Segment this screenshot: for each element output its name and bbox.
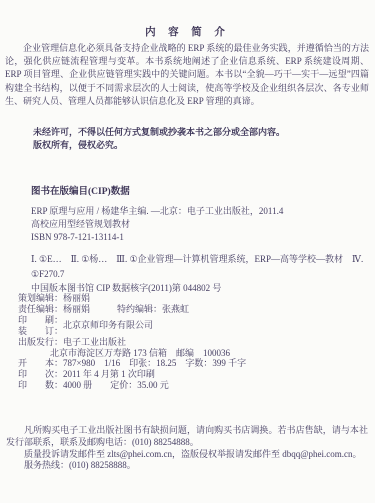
colophon-block: 策划编辑：杨丽娟 责任编辑：杨丽娟 特约编辑：张燕虹 印 刷： 装 订： 北京京…	[18, 293, 365, 391]
cip-classification-line: Ⅰ. ①E… Ⅱ. ①杨… Ⅲ. ①企业管理—计算机管理系统，ERP—高等学校—…	[31, 252, 367, 281]
publisher-label: 出版发行：	[18, 337, 63, 347]
publisher-row: 出版发行：电子工业出版社	[18, 337, 365, 348]
copyright-notice: 未经许可，不得以任何方式复制或抄袭本书之部分或全部内容。 版权所有，侵权必究。	[33, 126, 365, 152]
printer-company: 北京京师印务有限公司	[63, 320, 153, 331]
print-run-row: 印 数：4000 册 定价：35.00 元	[18, 380, 365, 391]
cip-classification-block: Ⅰ. ①E… Ⅱ. ①杨… Ⅲ. ①企业管理—计算机管理系统，ERP—高等学校—…	[31, 252, 367, 296]
format-value: 787×980 1/16 印张：18.25 字数：399 千字	[63, 358, 246, 368]
impression-row: 印 次：2011 年 4 月第 1 次印刷	[18, 369, 365, 380]
service-notes-block: 凡所购买电子工业出版社图书有缺损问题，请向购买书店调换。若书店售缺，请与本社发行…	[6, 425, 368, 472]
printer-label: 印 刷：	[18, 315, 63, 326]
print-run-value: 4000 册 定价：35.00 元	[63, 380, 169, 390]
planning-editor-value: 杨丽娟	[63, 293, 90, 303]
impression-value: 2011 年 4 月第 1 次印刷	[63, 369, 155, 379]
cip-heading: 图书在版编目(CIP)数据	[31, 183, 130, 197]
planning-editor-row: 策划编辑：杨丽娟	[18, 293, 365, 304]
duty-editor-label: 责任编辑：	[18, 304, 63, 314]
format-label: 开 本：	[18, 358, 63, 368]
printer-binding-block: 印 刷： 装 订： 北京京师印务有限公司	[18, 315, 365, 337]
service-hotline-note: 服务热线：(010) 88258888。	[6, 460, 368, 472]
cip-series-line: 高校应用型经管规划教材	[31, 218, 363, 231]
cip-bibliographic-block: ERP 原理与应用 / 杨建华主编. —北京：电子工业出版社，2011.4 高校…	[31, 205, 363, 244]
format-row: 开 本：787×980 1/16 印张：18.25 字数：399 千字	[18, 358, 365, 369]
copyright-notice-line2: 版权所有，侵权必究。	[33, 139, 365, 152]
impression-label: 印 次：	[18, 369, 63, 379]
publisher-address: 北京市海淀区万寿路 173 信箱 邮编 100036	[18, 348, 365, 359]
purchase-exchange-note: 凡所购买电子工业出版社图书有缺损问题，请向购买书店调换。若书店售缺，请与本社发行…	[6, 425, 368, 449]
cip-title-line: ERP 原理与应用 / 杨建华主编. —北京：电子工业出版社，2011.4	[31, 205, 363, 218]
duty-editor-value: 杨丽娟 特约编辑：张燕虹	[63, 304, 189, 314]
content-summary-title: 内 容 简 介	[0, 24, 375, 39]
planning-editor-label: 策划编辑：	[18, 293, 63, 303]
binding-label: 装 订：	[18, 326, 63, 337]
complaint-report-note: 质量投诉请发邮件至 zlts@phei.com.cn，盗版侵权举报请发邮件至 d…	[6, 449, 368, 461]
cip-isbn-line: ISBN 978-7-121-13114-1	[31, 231, 363, 244]
print-run-label: 印 数：	[18, 380, 63, 390]
content-summary-paragraph: 企业管理信息化必须具备支持企业战略的 ERP 系统的最佳业务实践，并遵循恰当的方…	[5, 42, 369, 108]
publisher-value: 电子工业出版社	[63, 337, 126, 347]
copyright-notice-line1: 未经许可，不得以任何方式复制或抄袭本书之部分或全部内容。	[33, 126, 365, 139]
duty-editor-row: 责任编辑：杨丽娟 特约编辑：张燕虹	[18, 304, 365, 315]
book-copyright-page: 内 容 简 介 企业管理信息化必须具备支持企业战略的 ERP 系统的最佳业务实践…	[0, 0, 375, 503]
printer-binding-labels: 印 刷： 装 订：	[18, 315, 63, 337]
